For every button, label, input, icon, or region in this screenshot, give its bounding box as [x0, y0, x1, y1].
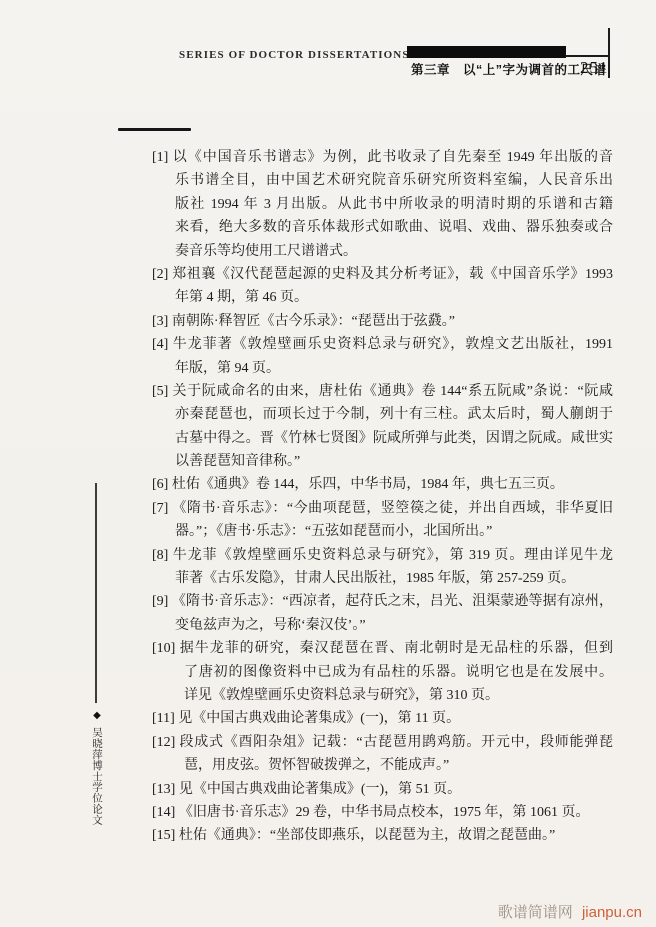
footnote-first-line: [14] 《旧唐书·音乐志》29 卷，中华书局点校本，1975 年，第 1061…	[152, 801, 613, 824]
footnote-item: [5] 关于阮咸命名的由来，唐杜佑《通典》卷 144“系五阮咸”条说：“阮咸亦秦…	[152, 380, 613, 474]
footnote-line: 以善琵琶知音律称。”	[152, 450, 613, 473]
footnote-item: [4] 牛龙菲著《敦煌壁画乐史资料总录与研究》，敦煌文艺出版社，1991年版，第…	[152, 333, 613, 380]
footnote-line: 古墓中得之。晋《竹林七贤图》阮咸所弹与此类，因谓之阮咸。咸世实	[152, 427, 613, 450]
watermark-domain: jianpu.cn	[582, 904, 642, 921]
footnote-list: [1] 以《中国音乐书谱志》为例，此书收录了自先秦至 1949 年出版的音乐书谱…	[152, 146, 613, 848]
footnote-line: 年版，第 94 页。	[152, 357, 613, 380]
footnote-first-line: [7] 《隋书·音乐志》：“今曲项琵琶，竖箜篌之徒，并出自西域，非华夏旧	[152, 497, 613, 520]
footnote-item: [11] 见《中国古典戏曲论著集成》(一)，第 11 页。	[152, 707, 613, 730]
footnote-line: 琶，用皮弦。贺怀智破拨弹之，不能成声。”	[152, 754, 613, 777]
footnote-first-line: [9] 《隋书·音乐志》：“西凉者，起苻氏之末，吕光、沮渠蒙逊等据有凉州，	[152, 590, 613, 613]
footnote-first-line: [8] 牛龙菲《敦煌壁画乐史资料总录与研究》，第 319 页。理由详见牛龙	[152, 544, 613, 567]
footnote-line: 奏音乐等均使用工尺谱谱式。	[152, 240, 613, 263]
footnote-first-line: [15] 杜佑《通典》：“坐部伎即燕乐，以琵琶为主，故谓之琵琶曲。”	[152, 824, 613, 847]
footnote-line: 菲著《古乐发隐》，甘肃人民出版社，1985 年版，第 257-259 页。	[152, 567, 613, 590]
spine-dissertation-label: 吴晓萍博士学位论文	[88, 727, 104, 827]
footnote-separator-rule	[118, 128, 191, 131]
footnote-first-line: [5] 关于阮咸命名的由来，唐杜佑《通典》卷 144“系五阮咸”条说：“阮咸	[152, 380, 613, 403]
footnote-line: 详见《敦煌壁画乐史资料总录与研究》，第 310 页。	[152, 684, 613, 707]
footnote-item: [8] 牛龙菲《敦煌壁画乐史资料总录与研究》，第 319 页。理由详见牛龙菲著《…	[152, 544, 613, 591]
footnote-item: [10] 据牛龙菲的研究，秦汉琵琶在晋、南北朝时是无品柱的乐器，但到了唐初的图像…	[152, 637, 613, 707]
footnote-item: [12] 段成式《酉阳杂俎》记载：“古琵琶用鹍鸡筋。开元中，段师能弹琵琶，用皮弦…	[152, 731, 613, 778]
footnote-first-line: [10] 据牛龙菲的研究，秦汉琵琶在晋、南北朝时是无品柱的乐器，但到	[152, 637, 613, 660]
footnote-line: 亦秦琵琶也，而项长过于今制，列十有三柱。武太后时，蜀人蒯朗于	[152, 403, 613, 426]
footnote-item: [1] 以《中国音乐书谱志》为例，此书收录了自先秦至 1949 年出版的音乐书谱…	[152, 146, 613, 263]
footnote-first-line: [1] 以《中国音乐书谱志》为例，此书收录了自先秦至 1949 年出版的音	[152, 146, 613, 169]
footnote-item: [2] 郑祖襄《汉代琵琶起源的史料及其分析考证》，载《中国音乐学》1993年第 …	[152, 263, 613, 310]
footnote-first-line: [2] 郑祖襄《汉代琵琶起源的史料及其分析考证》，载《中国音乐学》1993	[152, 263, 613, 286]
footnote-item: [14] 《旧唐书·音乐志》29 卷，中华书局点校本，1975 年，第 1061…	[152, 801, 613, 824]
footnote-line: 了唐初的图像资料中已成为有品柱的乐器。说明它也是在发展中。	[152, 661, 613, 684]
header-horizontal-rule	[565, 55, 610, 57]
footnote-line: 乐书谱全目，由中国艺术研究院音乐研究所资料室编，人民音乐出	[152, 169, 613, 192]
chapter-header-bar	[407, 46, 566, 58]
scanned-book-page: SERIES OF DOCTOR DISSERTATIONS IN MUSIC …	[0, 0, 656, 927]
spine-rule	[95, 483, 97, 703]
footnote-line: 来看，绝大多数的音乐体裁形式如歌曲、说唱、戏曲、器乐独奏或合	[152, 216, 613, 239]
footnote-line: 年第 4 期，第 46 页。	[152, 286, 613, 309]
footnote-first-line: [4] 牛龙菲著《敦煌壁画乐史资料总录与研究》，敦煌文艺出版社，1991	[152, 333, 613, 356]
footnote-item: [13] 见《中国古典戏曲论著集成》(一)，第 51 页。	[152, 778, 613, 801]
footnote-first-line: [13] 见《中国古典戏曲论著集成》(一)，第 51 页。	[152, 778, 613, 801]
footnote-first-line: [3] 南朝陈·释智匠《古今乐录》：“琵琶出于弦鼗。”	[152, 310, 613, 333]
footnote-item: [7] 《隋书·音乐志》：“今曲项琵琶，竖箜篌之徒，并出自西域，非华夏旧器。”；…	[152, 497, 613, 544]
footnote-item: [3] 南朝陈·释智匠《古今乐录》：“琵琶出于弦鼗。”	[152, 310, 613, 333]
footnote-item: [9] 《隋书·音乐志》：“西凉者，起苻氏之末，吕光、沮渠蒙逊等据有凉州，变龟兹…	[152, 590, 613, 637]
footnote-first-line: [12] 段成式《酉阳杂俎》记载：“古琵琶用鹍鸡筋。开元中，段师能弹琵	[152, 731, 613, 754]
diamond-icon: ◆	[88, 709, 106, 723]
footnote-line: 版社 1994 年 3 月出版。从此书中所收录的明清时期的乐谱和古籍	[152, 193, 613, 216]
chapter-title: 第三章 以“上”字为调首的工尺谱	[411, 60, 607, 78]
footnote-first-line: [11] 见《中国古典戏曲论著集成》(一)，第 11 页。	[152, 707, 613, 730]
footnote-line: 器。”；《唐书·乐志》：“五弦如琵琶而小，北国所出。”	[152, 520, 613, 543]
footnote-line: 变龟兹声为之，号称‘秦汉伎’。”	[152, 614, 613, 637]
footnote-item: [15] 杜佑《通典》：“坐部伎即燕乐，以琵琶为主，故谓之琵琶曲。”	[152, 824, 613, 847]
page-number: 251	[580, 58, 609, 78]
footnote-item: [6] 杜佑《通典》卷 144，乐四，中华书局，1984 年，典七五三页。	[152, 473, 613, 496]
watermark-site-name: 歌谱简谱网	[498, 904, 573, 921]
watermark: 歌谱简谱网 jianpu.cn	[0, 901, 642, 922]
footnote-first-line: [6] 杜佑《通典》卷 144，乐四，中华书局，1984 年，典七五三页。	[152, 473, 613, 496]
